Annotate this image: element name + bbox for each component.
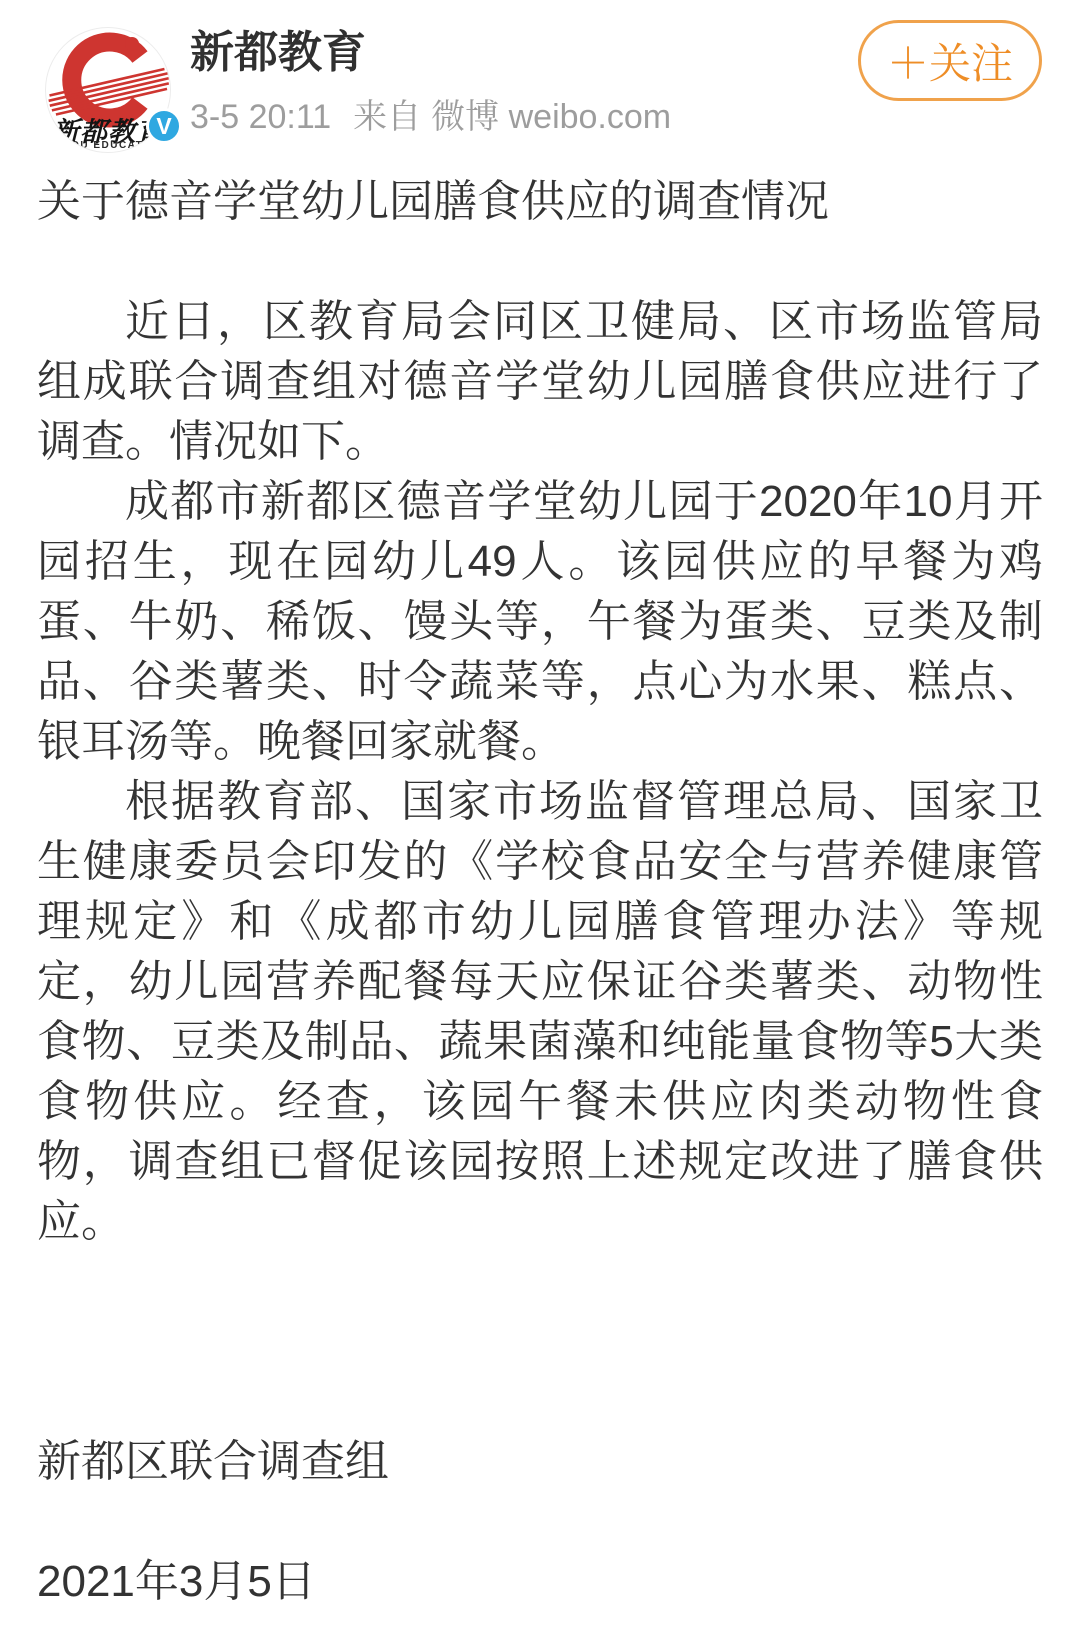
logo-subtext: XINDU EDUCATION [46, 140, 170, 151]
post-content: 关于德音学堂幼儿园膳食供应的调查情况 近日，区教育局会同区卫健局、区市场监管局组… [37, 172, 1043, 1652]
paragraph-3: 根据教育部、国家市场监督管理总局、国家卫生健康委员会印发的《学校食品安全与营养健… [37, 772, 1043, 1252]
follow-button[interactable]: ＋关注 [858, 20, 1042, 101]
timestamp: 3-5 20:11 [190, 98, 331, 136]
avatar[interactable]: 新都教育 XINDU EDUCATION V [45, 27, 171, 153]
paragraph-2: 成都市新都区德音学堂幼儿园于2020年10月开园招生，现在园幼儿49人。该园供应… [37, 472, 1043, 772]
verified-badge-icon: V [146, 108, 182, 144]
verified-badge-letter: V [156, 113, 171, 140]
source-link[interactable]: 微博 weibo.com [431, 98, 671, 136]
user-block: 新都教育 3-5 20:11来自微博 weibo.com [190, 27, 671, 137]
username[interactable]: 新都教育 [190, 27, 671, 79]
paragraph-1: 近日，区教育局会同区卫健局、区市场监管局组成联合调查组对德音学堂幼儿园膳食供应进… [37, 292, 1043, 472]
post-title: 关于德音学堂幼儿园膳食供应的调查情况 [37, 172, 1043, 232]
post-header: 新都教育 XINDU EDUCATION V 新都教育 3-5 20:11来自微… [0, 0, 1080, 153]
post-meta: 3-5 20:11来自微博 weibo.com [190, 97, 671, 137]
source-label: 来自 [353, 98, 421, 136]
signature: 新都区联合调查组 [37, 1432, 1043, 1492]
post-date: 2021年3月5日 [37, 1552, 1043, 1652]
weibo-post: 新都教育 XINDU EDUCATION V 新都教育 3-5 20:11来自微… [0, 0, 1080, 1652]
